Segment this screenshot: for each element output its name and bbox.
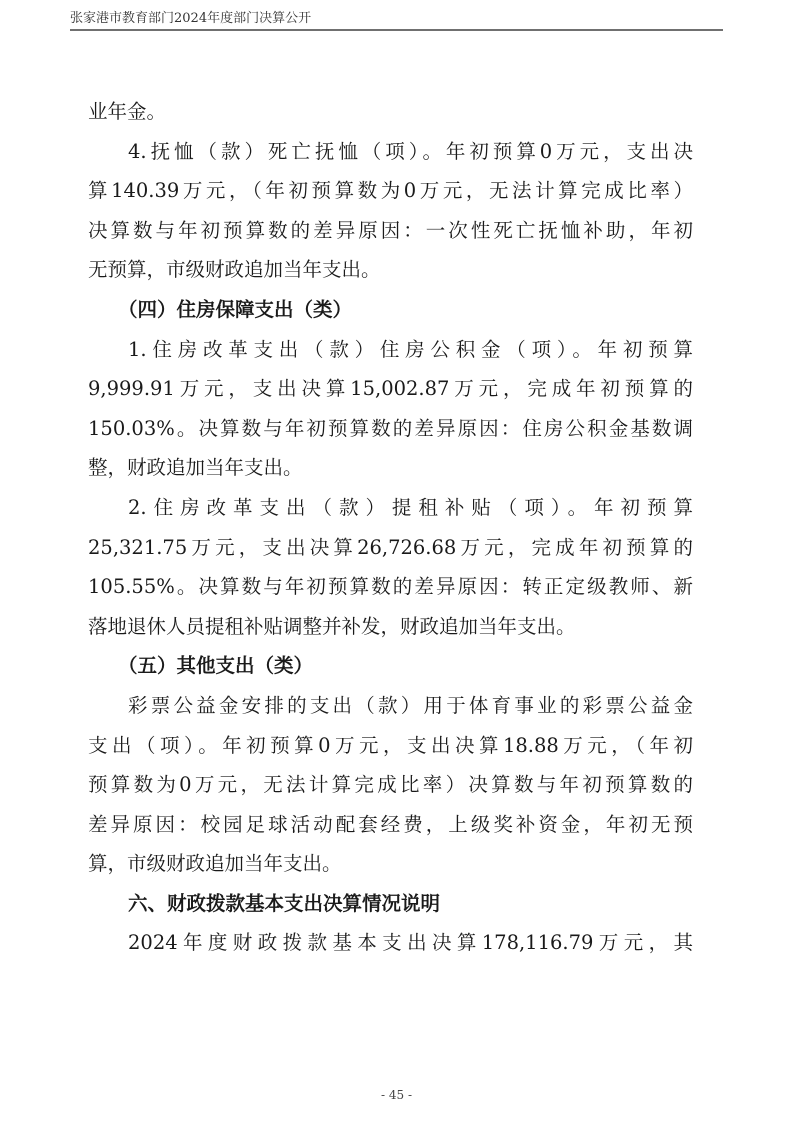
header-divider: [70, 29, 723, 31]
paragraph-line: 彩票公益金安排的支出（款）用于体育事业的彩票公益金: [88, 686, 693, 726]
paragraph-line: 决算数与年初预算数的差异原因：一次性死亡抚恤补助，年初: [88, 211, 693, 251]
paragraph-line: 算140.39万元，（年初预算数为0万元，无法计算完成比率）: [88, 171, 693, 211]
page-number: - 45 -: [0, 1088, 793, 1102]
paragraph-line: 支出（项）。年初预算0万元，支出决算18.88万元，（年初: [88, 726, 693, 766]
paragraph-line: 2024年度财政拨款基本支出决算178,116.79万元，其: [88, 923, 693, 963]
document-body: 业年金。 4.抚恤（款）死亡抚恤（项）。年初预算0万元，支出决 算140.39万…: [88, 92, 693, 963]
paragraph-line: 2.住房改革支出（款）提租补贴（项）。年初预算: [88, 488, 693, 528]
paragraph-line: 105.55%。决算数与年初预算数的差异原因：转正定级教师、新: [88, 567, 693, 607]
section-heading-basic-expenditure: 六、财政拨款基本支出决算情况说明: [88, 884, 693, 924]
header-title: 张家港市教育部门2024年度部门决算公开: [70, 11, 311, 27]
subheading-housing-security: （四）住房保障支出（类）: [88, 290, 693, 330]
paragraph-line: 整，财政追加当年支出。: [88, 448, 693, 488]
page-header: 张家港市教育部门2024年度部门决算公开: [70, 11, 723, 29]
paragraph-line: 业年金。: [88, 92, 693, 132]
paragraph-line: 25,321.75万元，支出决算26,726.68万元，完成年初预算的: [88, 528, 693, 568]
paragraph-line: 预算数为0万元，无法计算完成比率）决算数与年初预算数的: [88, 765, 693, 805]
subheading-other-expenditure: （五）其他支出（类）: [88, 646, 693, 686]
paragraph-line: 无预算，市级财政追加当年支出。: [88, 250, 693, 290]
paragraph-line: 9,999.91万元，支出决算15,002.87万元，完成年初预算的: [88, 369, 693, 409]
paragraph-line: 落地退休人员提租补贴调整并补发，财政追加当年支出。: [88, 607, 693, 647]
paragraph-line: 差异原因：校园足球活动配套经费，上级奖补资金，年初无预: [88, 805, 693, 845]
paragraph-line: 150.03%。决算数与年初预算数的差异原因：住房公积金基数调: [88, 409, 693, 449]
paragraph-line: 算，市级财政追加当年支出。: [88, 844, 693, 884]
paragraph-line: 1.住房改革支出（款）住房公积金（项）。年初预算: [88, 330, 693, 370]
paragraph-line: 4.抚恤（款）死亡抚恤（项）。年初预算0万元，支出决: [88, 132, 693, 172]
